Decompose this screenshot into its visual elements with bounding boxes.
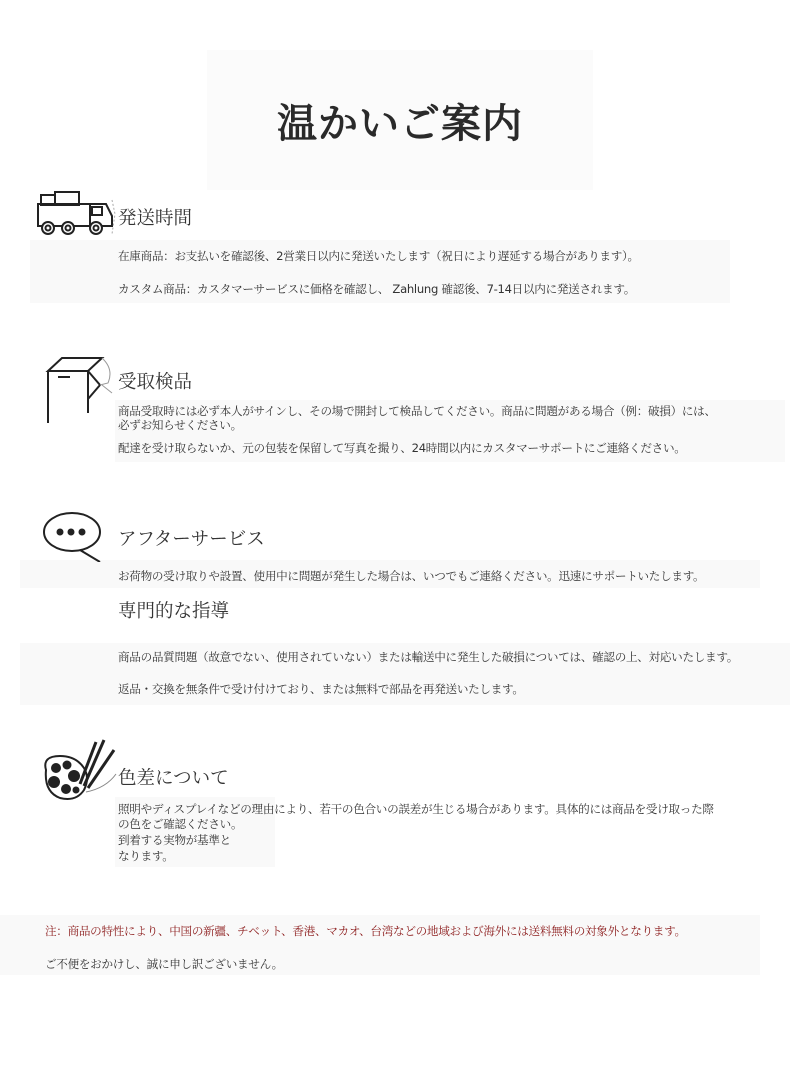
shipping-exclusion-note: 注：商品の特性により、中国の新疆、チベット、香港、マカオ、台湾などの地域および海…	[45, 924, 686, 939]
palette-icon	[40, 734, 118, 804]
section-heading-aftersales: アフターサービス	[118, 528, 265, 552]
color-paragraph-2: 到着する実物が基準と	[118, 833, 231, 848]
guidance-paragraph-2: 返品・交換を無条件で受け付けており、または無料で部品を再発送いたします。	[118, 682, 524, 697]
color-paragraph-2-cont: なります。	[118, 849, 174, 864]
section-heading-inspection: 受取検品	[118, 371, 192, 395]
subheading-guidance: 専門的な指導	[118, 600, 229, 624]
page-title: 温かいご案内	[207, 98, 593, 150]
inspection-paragraph-1-cont: 必ずお知らせください。	[118, 418, 242, 433]
apology-text: ご不便をおかけし、誠に申し訳ございません。	[45, 957, 283, 972]
shipping-paragraph-1: 在庫商品：お支払いを確認後、2営業日以内に発送いたします（祝日により遅延する場合…	[118, 249, 639, 264]
shipping-paragraph-2: カスタム商品：カスタマーサービスに価格を確認し、 Zahlung 確認後、7-1…	[118, 282, 635, 297]
color-paragraph-1: 照明やディスプレイなどの理由により、若干の色合いの誤差が生じる場合があります。具…	[118, 802, 714, 817]
truck-icon	[36, 190, 116, 238]
box-icon	[42, 355, 114, 427]
section-heading-shipping: 発送時間	[118, 207, 192, 231]
color-paragraph-1-cont: の色をご確認ください。	[118, 817, 242, 832]
inspection-paragraph-2: 配達を受け取らないか、元の包装を保留して写真を撮り、24時間以内にカスタマーサポ…	[118, 441, 686, 456]
aftersales-paragraph-1: お荷物の受け取りや設置、使用中に問題が発生した場合は、いつでもご連絡ください。迅…	[118, 569, 704, 584]
inspection-paragraph-1: 商品受取時には必ず本人がサインし、その場で開封して検品してください。商品に問題が…	[118, 404, 716, 419]
chat-bubble-icon	[42, 510, 106, 562]
guidance-paragraph-1: 商品の品質問題（故意でない、使用されていない）または輸送中に発生した破損について…	[118, 650, 738, 665]
section-heading-color: 色差について	[118, 767, 229, 791]
